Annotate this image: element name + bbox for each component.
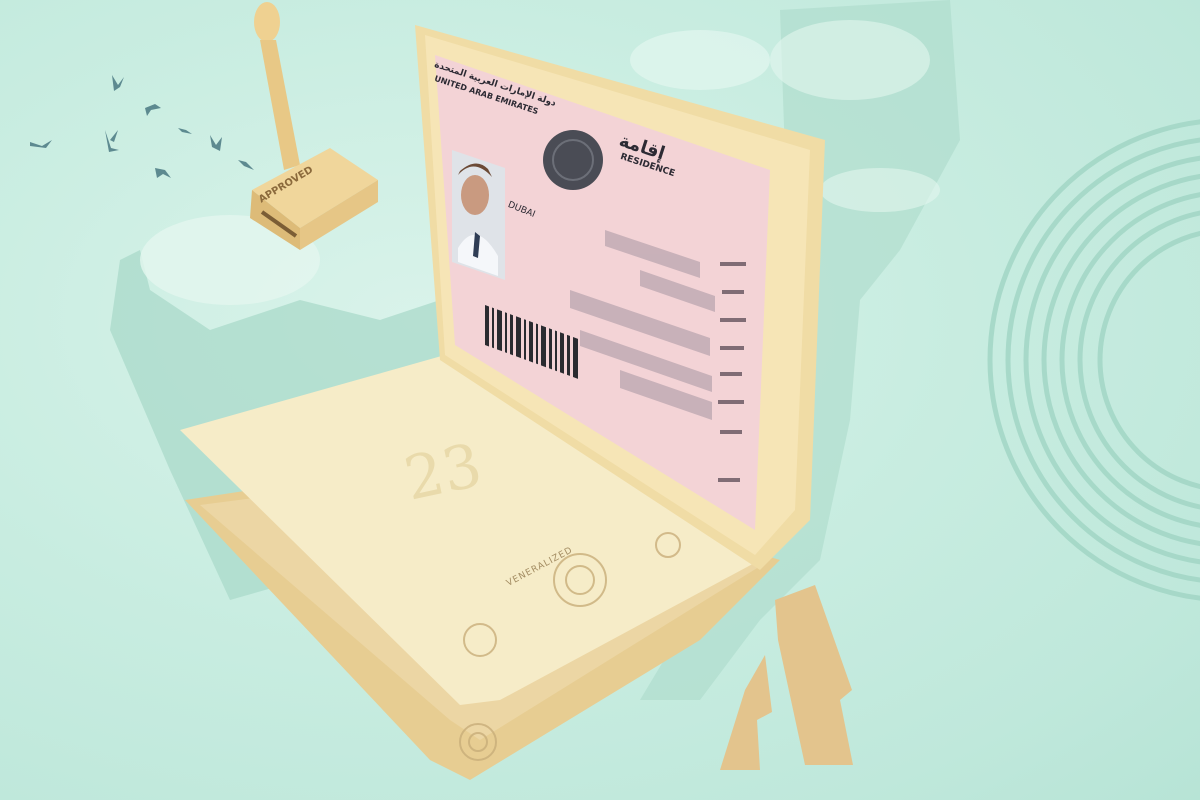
rubber-stamp-icon	[250, 2, 378, 250]
concentric-arcs	[990, 120, 1200, 600]
birds-icon	[30, 75, 254, 178]
visa-illustration: 23 دولة الإمارات العربية المتحدة UNITED …	[0, 0, 1200, 800]
background-decor: 23	[0, 0, 1200, 800]
